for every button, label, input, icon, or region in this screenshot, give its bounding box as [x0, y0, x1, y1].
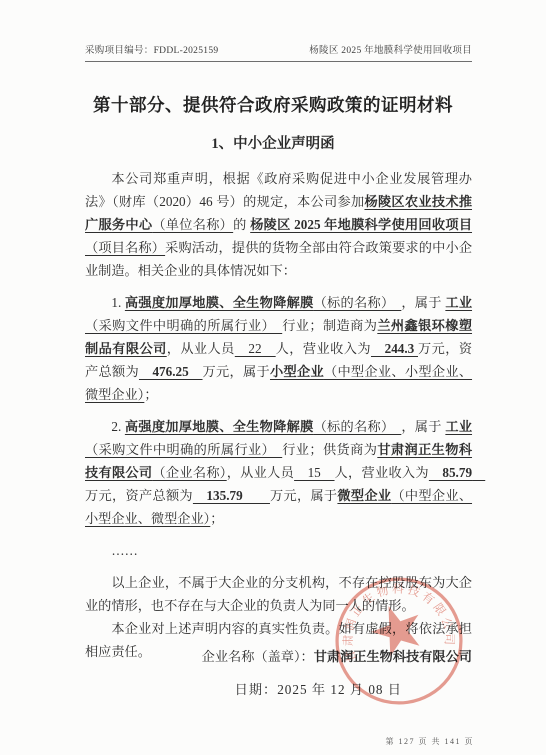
- ellipsis-line: ……: [85, 539, 472, 562]
- declaration-intro: 本公司郑重声明，根据《政府采购促进中小企业发展管理办法》（财库（2020）46 …: [85, 167, 472, 282]
- project-name-header: 杨陵区 2025 年地膜科学使用回收项目: [309, 42, 472, 56]
- enterprise-item-2: 2. 高强度加厚地膜、全生物降解膜（标的名称） ，属于 工业（采购文件中明确的所…: [85, 415, 472, 530]
- enterprise-item-1: 1. 高强度加厚地膜、全生物降解膜（标的名称） ，属于 工业（采购文件中明确的所…: [85, 291, 472, 406]
- procurement-number: 采购项目编号：FDDL-2025159: [85, 42, 218, 56]
- seal-star-icon: [365, 598, 429, 660]
- page-header: 采购项目编号：FDDL-2025159 杨陵区 2025 年地膜科学使用回收项目: [85, 42, 472, 62]
- company-seal-stamp: 甘肃润正生物科技有限公司: [323, 565, 474, 716]
- document-page: 采购项目编号：FDDL-2025159 杨陵区 2025 年地膜科学使用回收项目…: [0, 0, 546, 755]
- signature-label: 企业名称（盖章）：: [202, 649, 314, 664]
- section-subtitle: 1、中小企业声明函: [0, 132, 546, 153]
- page-number: 第 127 页 共 141 页: [386, 736, 475, 747]
- document-title: 第十部分、提供符合政府采购政策的证明材料: [0, 92, 546, 117]
